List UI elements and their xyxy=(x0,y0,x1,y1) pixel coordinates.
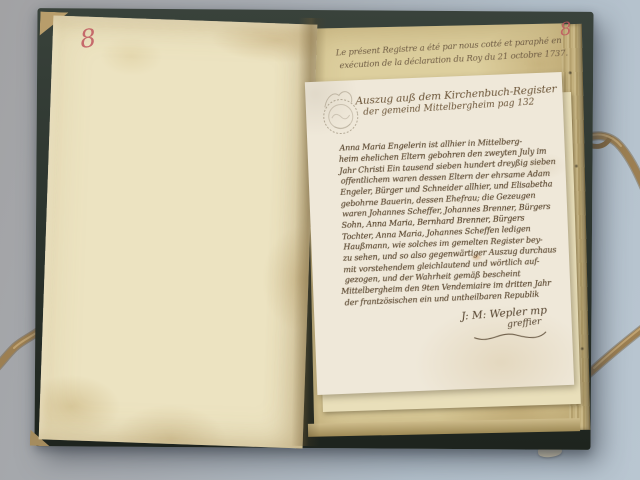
scanner-background: 8 8 Le présent Registre a été par nous c… xyxy=(0,0,640,480)
folio-number-left: 8 xyxy=(78,23,97,54)
signature-block: J: M: Wepler mp greffier xyxy=(461,306,548,344)
document-heading: Auszug auß dem Kirchenbuch-Register der … xyxy=(355,83,557,118)
manuscript-body: Anna Maria Engelerin ist allhier in Mitt… xyxy=(338,134,570,308)
register-left-page-blank xyxy=(39,16,318,449)
loose-extract-document: Auszug auß dem Kirchenbuch-Register der … xyxy=(305,72,574,395)
